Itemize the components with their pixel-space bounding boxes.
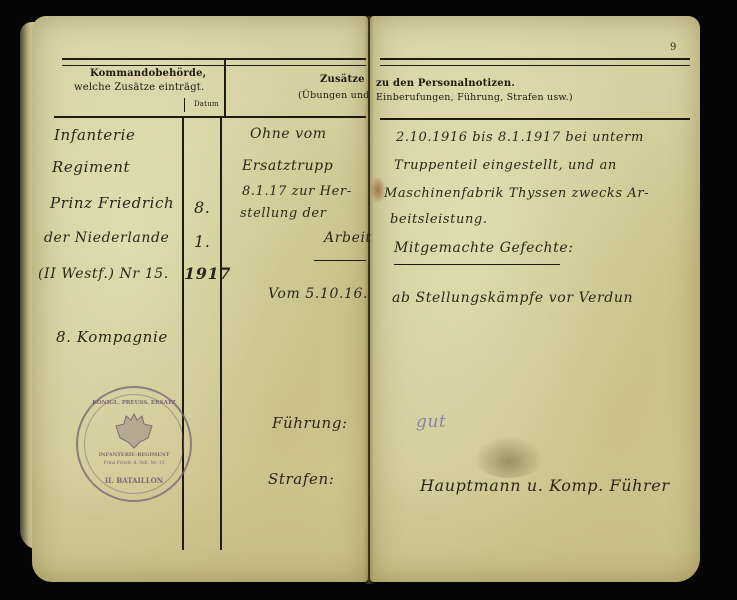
- addition-line: stellung der: [240, 206, 327, 221]
- seal-sub-text: Prinz Friedr. d. Ndl. Nr. 15: [78, 461, 190, 466]
- header-authority-line2: welche Zusätze einträgt.: [74, 82, 204, 93]
- conduct-value: gut: [416, 412, 446, 432]
- addition-line: Ohne vom: [250, 126, 327, 142]
- date-header-divider: [184, 98, 185, 112]
- paybook-spread: 9 Kommandobehörde, welche Zusätze einträ…: [14, 8, 710, 584]
- note-line: Truppenteil eingestellt, und an: [394, 158, 617, 173]
- header-bottom-rule-left: [54, 116, 366, 118]
- authority-line: Regiment: [52, 158, 130, 176]
- header-top-rule-left: [62, 58, 366, 66]
- header-additions-line2-right: Einberufungen, Führung, Strafen usw.): [376, 92, 573, 103]
- battle-entry: ab Stellungskämpfe vor Verdun: [392, 290, 633, 306]
- header-bottom-rule-right: [380, 118, 690, 120]
- note-line: 2.10.1916 bis 8.1.1917 bei unterm: [396, 130, 644, 145]
- commander-signature: Hauptmann u. Komp. Führer: [420, 476, 670, 495]
- seal-top-text: KÖNIGL. PREUSS. ERSATZ: [78, 400, 190, 406]
- middle-underline: [314, 260, 366, 261]
- conduct-label: Führung:: [272, 414, 348, 432]
- date-month: 1.: [194, 232, 210, 251]
- date-year: 1917: [184, 264, 231, 283]
- header-additions-line1-right: zu den Personalnotizen.: [376, 78, 515, 89]
- addition-line: Arbeit: [324, 230, 372, 246]
- battles-heading: Mitgemachte Gefechte:: [394, 240, 574, 256]
- battalion-seal: KÖNIGL. PREUSS. ERSATZ INFANTERIE-REGIME…: [76, 386, 192, 502]
- note-line: Maschinenfabrik Thyssen zwecks Ar-: [384, 186, 649, 201]
- authority-line: der Niederlande: [44, 230, 169, 246]
- note-line: beitsleistung.: [390, 212, 488, 227]
- header-top-rule-right: [380, 58, 690, 66]
- additions-column-line: [220, 118, 222, 550]
- date-day: 8.: [194, 198, 210, 217]
- seal-middle-text: INFANTERIE-REGIMENT: [78, 452, 190, 458]
- addition-line: Ersatztrupp: [242, 158, 333, 174]
- authority-line: 8. Kompagnie: [56, 328, 168, 346]
- battles-underline: [394, 264, 560, 265]
- header-additions-line1-left: Zusätze: [320, 74, 365, 85]
- addition-line: 8.1.17 zur Her-: [242, 184, 352, 199]
- header-additions-line2-left: (Übungen und: [298, 90, 370, 101]
- seal-bottom-text: II. BATAILLON: [78, 476, 190, 485]
- authority-line: Prinz Friedrich: [50, 194, 174, 212]
- authority-line: (II Westf.) Nr 15.: [38, 266, 169, 282]
- header-divider: [224, 60, 226, 118]
- header-authority-line1: Kommandobehörde,: [90, 68, 206, 79]
- water-stain: [474, 436, 544, 478]
- penalties-label: Strafen:: [268, 470, 334, 488]
- date-column-line: [182, 118, 184, 550]
- authority-line: Infanterie: [54, 126, 136, 144]
- addition-line: Vom 5.10.16.: [268, 286, 368, 302]
- eagle-icon: [112, 410, 156, 450]
- page-number: 9: [670, 42, 676, 53]
- header-date: Datum: [194, 100, 219, 108]
